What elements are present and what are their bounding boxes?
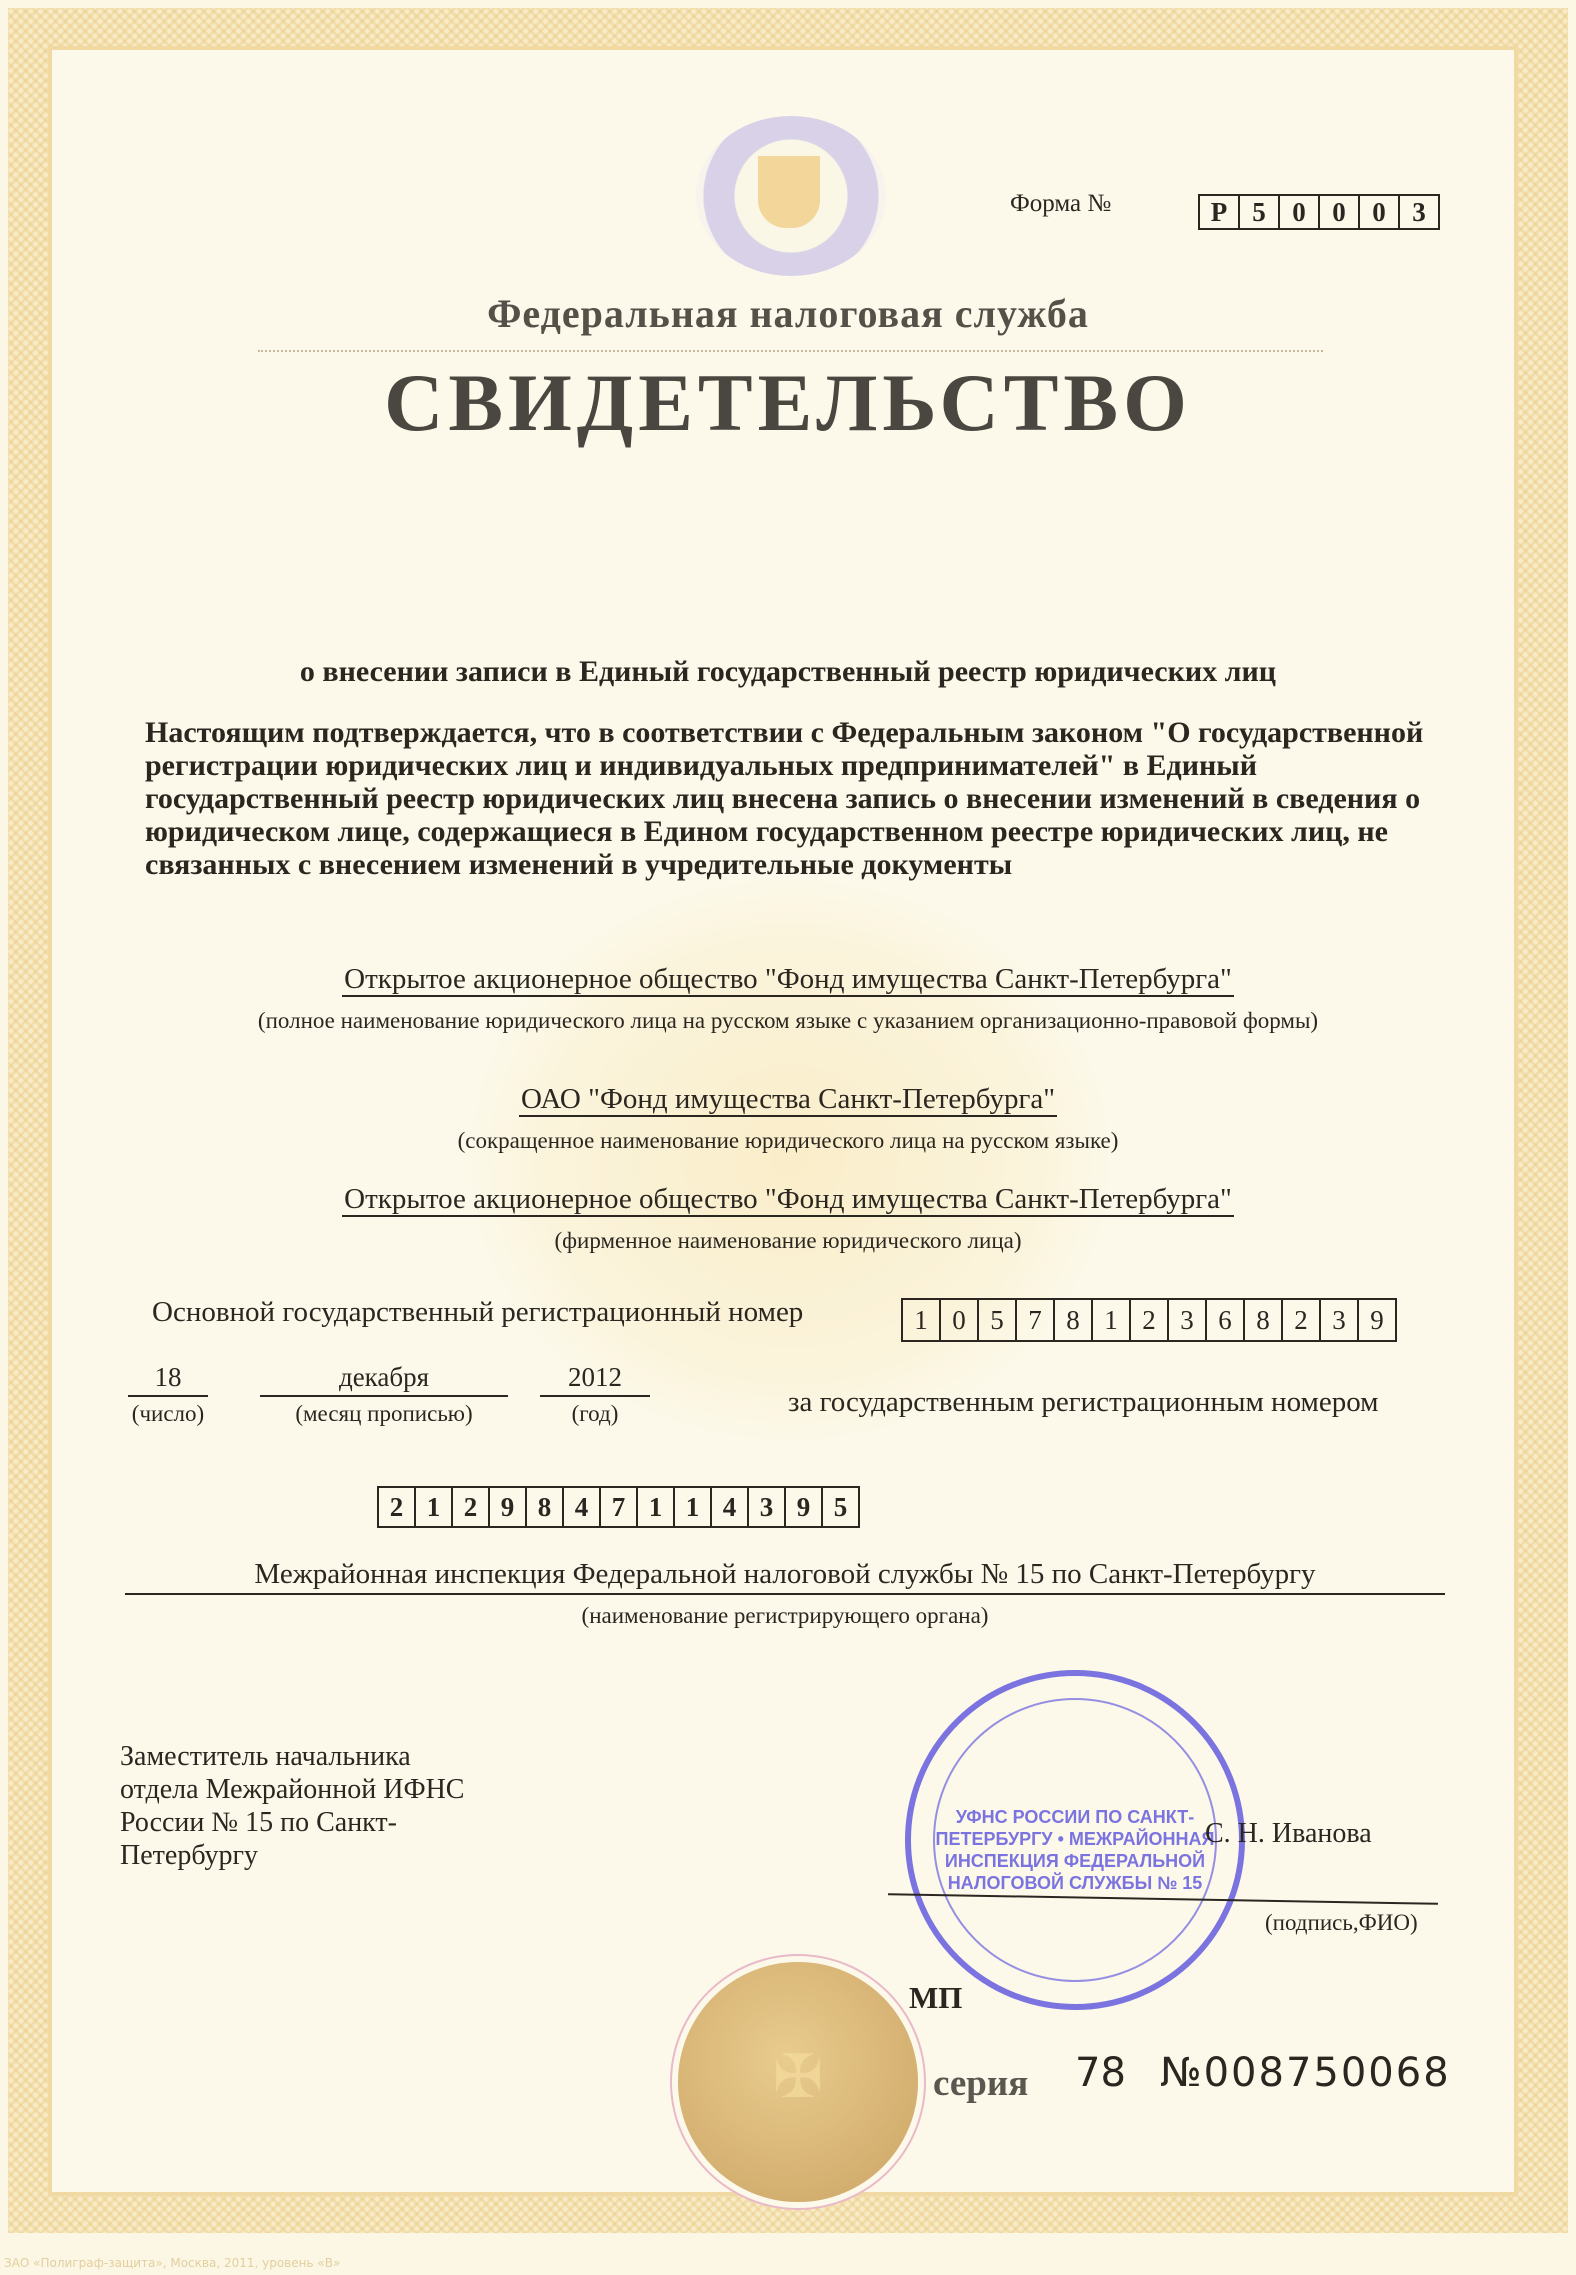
form-code-cell: 5 [1238, 196, 1278, 228]
grn-digit-cell: 2 [451, 1488, 488, 1526]
grn-digit-cell: 9 [488, 1488, 525, 1526]
certification-text: Настоящим подтверждается, что в соответс… [145, 716, 1455, 881]
form-number-boxes: Р50003 [1198, 194, 1440, 230]
hologram-emblem-icon [696, 116, 886, 276]
grn-digit-cell: 8 [525, 1488, 562, 1526]
registering-authority-caption: (наименование регистрирующего органа) [125, 1603, 1445, 1629]
grn-digit-cell: 1 [636, 1488, 673, 1526]
grn-digit-cell: 4 [562, 1488, 599, 1526]
ogrn-digit-cell: 1 [903, 1300, 939, 1340]
ogrn-digit-cell: 3 [1167, 1300, 1205, 1340]
agency-name: Федеральная налоговая служба [0, 290, 1576, 337]
grn-digit-cell: 1 [673, 1488, 710, 1526]
date-month: декабря (месяц прописью) [260, 1362, 508, 1427]
grn-boxes: 2129847114395 [377, 1486, 860, 1528]
signature-caption: (подпись,ФИО) [1265, 1910, 1418, 1936]
ogrn-digit-cell: 7 [1015, 1300, 1053, 1340]
grn-digit-cell: 9 [784, 1488, 821, 1526]
grn-digit-cell: 7 [599, 1488, 636, 1526]
ogrn-digit-cell: 3 [1319, 1300, 1357, 1340]
form-code-cell: 0 [1278, 196, 1318, 228]
ogrn-boxes: 1057812368239 [901, 1298, 1397, 1342]
grn-label: за государственным регистрационным номер… [788, 1386, 1379, 1419]
signer-name: С. Н. Иванова [1205, 1818, 1372, 1850]
short-name: ОАО "Фонд имущества Санкт-Петербурга" [0, 1083, 1576, 1116]
form-number-label: Форма № [1010, 190, 1111, 218]
ogrn-digit-cell: 0 [939, 1300, 977, 1340]
form-code-cell: 3 [1398, 196, 1438, 228]
full-name-caption: (полное наименование юридического лица н… [0, 1008, 1576, 1034]
ogrn-digit-cell: 8 [1053, 1300, 1091, 1340]
ogrn-label: Основной государственный регистрационный… [152, 1296, 803, 1329]
document-subtitle: о внесении записи в Единый государственн… [0, 655, 1576, 689]
grn-digit-cell: 2 [379, 1488, 414, 1526]
ogrn-digit-cell: 2 [1281, 1300, 1319, 1340]
signer-position: Заместитель начальника отдела Межрайонно… [120, 1740, 464, 1872]
date-year: 2012 (год) [540, 1362, 650, 1427]
firm-name: Открытое акционерное общество "Фонд имущ… [0, 1183, 1576, 1216]
series-label: серия [933, 2062, 1028, 2105]
serial-number: №008750068 [1160, 2050, 1451, 2096]
form-code-cell: Р [1200, 196, 1238, 228]
series-value: 78 [1075, 2050, 1126, 2096]
grn-digit-cell: 5 [821, 1488, 858, 1526]
mp-label: МП [909, 1980, 962, 2016]
grn-digit-cell: 1 [414, 1488, 451, 1526]
official-stamp-icon: УФНС РОССИИ ПО САНКТ-ПЕТЕРБУРГУ • МЕЖРАЙ… [905, 1670, 1245, 2010]
ogrn-digit-cell: 9 [1357, 1300, 1395, 1340]
ogrn-digit-cell: 1 [1091, 1300, 1129, 1340]
ogrn-digit-cell: 8 [1243, 1300, 1281, 1340]
date-day: 18 (число) [128, 1362, 208, 1427]
short-name-caption: (сокращенное наименование юридического л… [0, 1128, 1576, 1154]
grn-digit-cell: 4 [710, 1488, 747, 1526]
form-code-cell: 0 [1358, 196, 1398, 228]
ogrn-digit-cell: 5 [977, 1300, 1015, 1340]
gold-seal-icon: ✠ [678, 1962, 918, 2202]
ogrn-digit-cell: 6 [1205, 1300, 1243, 1340]
firm-name-caption: (фирменное наименование юридического лиц… [0, 1228, 1576, 1254]
divider [258, 350, 1323, 352]
printer-imprint: ЗАО «Полиграф-защита», Москва, 2011, уро… [4, 2256, 340, 2270]
registering-authority: Межрайонная инспекция Федеральной налого… [125, 1558, 1445, 1595]
form-code-cell: 0 [1318, 196, 1358, 228]
document-title: СВИДЕТЕЛЬСТВО [0, 356, 1576, 450]
full-name: Открытое акционерное общество "Фонд имущ… [0, 963, 1576, 996]
ogrn-digit-cell: 2 [1129, 1300, 1167, 1340]
grn-digit-cell: 3 [747, 1488, 784, 1526]
